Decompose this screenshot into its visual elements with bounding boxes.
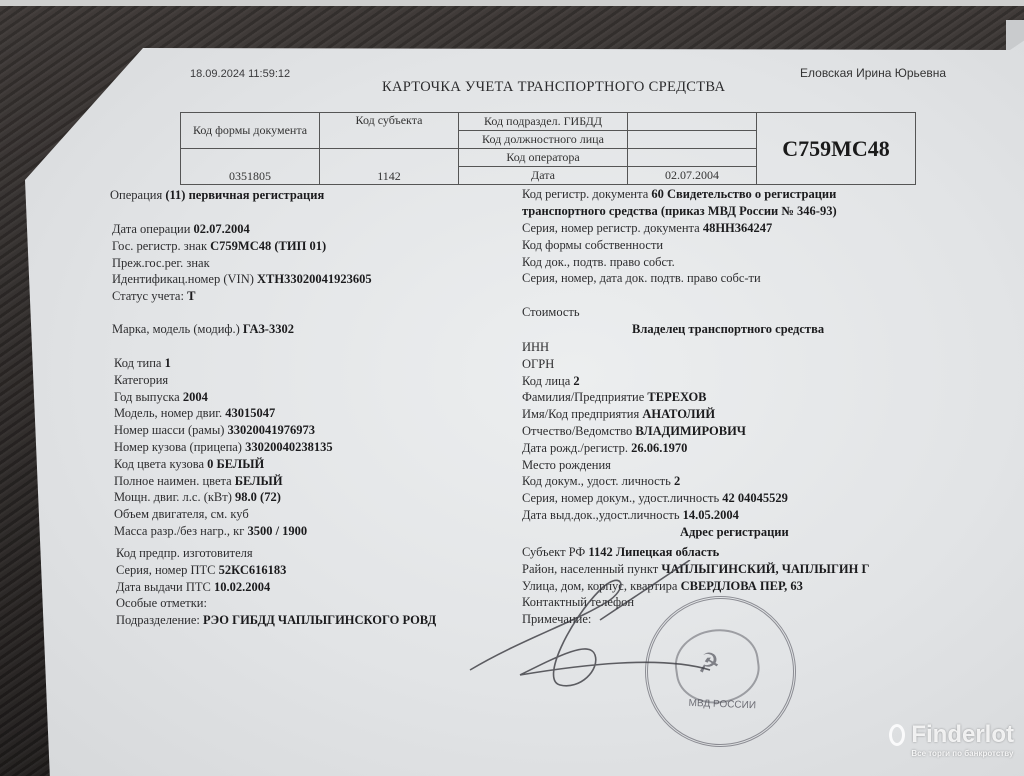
field-value: 33020040238135 bbox=[245, 440, 333, 454]
operator-code-value bbox=[628, 149, 757, 167]
field-row: Полное наимен. цвета БЕЛЫЙ bbox=[114, 473, 333, 490]
field-row: ОГРН bbox=[522, 356, 788, 373]
field-label: Код док., подтв. право собст. bbox=[522, 255, 675, 269]
field-label: Год выпуска bbox=[114, 390, 183, 404]
field-row: Подразделение: РЭО ГИБДД ЧАПЛЫГИНСКОГО Р… bbox=[116, 612, 436, 629]
field-label: Субъект РФ bbox=[522, 545, 588, 559]
owner-heading: Владелец транспортного средства bbox=[632, 322, 824, 337]
field-value: РЭО ГИБДД ЧАПЛЫГИНСКОГО РОВД bbox=[203, 613, 436, 627]
field-value: 98.0 (72) bbox=[235, 490, 281, 504]
signature bbox=[460, 560, 720, 700]
operation-fields: Дата операции 02.07.2004Гос. регистр. зн… bbox=[112, 221, 372, 305]
field-row: Код докум., удост. личность 2 bbox=[522, 473, 788, 490]
field-label: Номер кузова (прицепа) bbox=[114, 440, 245, 454]
field-value: БЕЛЫЙ bbox=[235, 474, 283, 488]
field-label: Серия, номер докум., удост.личность bbox=[522, 491, 722, 505]
field-label: Статус учета: bbox=[112, 289, 187, 303]
field-label: Код предпр. изготовителя bbox=[116, 546, 253, 560]
subject-code-value: 1142 bbox=[320, 149, 459, 185]
operation-line: Операция (11) первичная регистрация bbox=[110, 188, 324, 203]
field-row: Статус учета: Т bbox=[112, 288, 372, 305]
field-value: ВЛАДИМИРОВИЧ bbox=[635, 424, 746, 438]
field-label: Дата выдачи ПТС bbox=[116, 580, 214, 594]
field-label: Дата операции bbox=[112, 222, 194, 236]
field-row: Имя/Код предприятия АНАТОЛИЙ bbox=[522, 406, 788, 423]
field-row: Место рождения bbox=[522, 457, 788, 474]
finderlot-logo-icon bbox=[889, 724, 905, 746]
vehicle-fields: Код типа 1Категория Год выпуска 2004Моде… bbox=[114, 355, 333, 540]
field-row: ИНН bbox=[522, 339, 788, 356]
field-value: 1142 Липецкая область bbox=[588, 545, 719, 559]
field-value: 3500 / 1900 bbox=[247, 524, 307, 538]
field-label: ИНН bbox=[522, 340, 549, 354]
field-row: Идентификац.номер (VIN) XTH3302004192360… bbox=[112, 271, 372, 288]
reg-doc-code-value-1: 60 Свидетельство о регистрации bbox=[651, 187, 836, 201]
field-label: Фамилия/Предприятие bbox=[522, 390, 647, 404]
cost-line: Стоимость bbox=[522, 305, 580, 320]
field-value: 2 bbox=[573, 374, 579, 388]
field-value: 48НН364247 bbox=[703, 221, 772, 235]
field-label: Серия, номер регистр. документа bbox=[522, 221, 703, 235]
field-label: Код типа bbox=[114, 356, 165, 370]
field-label: Код цвета кузова bbox=[114, 457, 207, 471]
field-label: Номер шасси (рамы) bbox=[114, 423, 228, 437]
field-row: Номер кузова (прицепа) 33020040238135 bbox=[114, 439, 333, 456]
field-value: 0 БЕЛЫЙ bbox=[207, 457, 264, 471]
field-label: Имя/Код предприятия bbox=[522, 407, 642, 421]
owner-fields: ИНН ОГРН Код лица 2Фамилия/Предприятие Т… bbox=[522, 339, 788, 524]
field-label: Категория bbox=[114, 373, 168, 387]
field-row: Категория bbox=[114, 372, 333, 389]
address-heading: Адрес регистрации bbox=[680, 525, 789, 540]
field-row: Серия, номер ПТС 52КС616183 bbox=[116, 562, 436, 579]
field-row: Код док., подтв. право собст. bbox=[522, 254, 772, 271]
field-label: Мощн. двиг. л.с. (кВт) bbox=[114, 490, 235, 504]
field-label: Объем двигателя, см. куб bbox=[114, 507, 249, 521]
field-value: С759МС48 (ТИП 01) bbox=[210, 239, 326, 253]
field-row: Код формы собственности bbox=[522, 237, 772, 254]
field-row: Номер шасси (рамы) 33020041976973 bbox=[114, 422, 333, 439]
field-value: 43015047 bbox=[225, 406, 275, 420]
make-model-line: Марка, модель (модиф.) ГАЗ-3302 bbox=[112, 322, 294, 337]
field-label: Место рождения bbox=[522, 458, 611, 472]
field-label: Модель, номер двиг. bbox=[114, 406, 225, 420]
field-row: Код цвета кузова 0 БЕЛЫЙ bbox=[114, 456, 333, 473]
doc-fields: Серия, номер регистр. документа 48НН3642… bbox=[522, 220, 772, 287]
registration-fields: Код предпр. изготовителя Серия, номер ПТ… bbox=[116, 545, 436, 629]
operation-label: Операция bbox=[110, 188, 162, 202]
field-label: Код лица bbox=[522, 374, 573, 388]
field-row: Дата операции 02.07.2004 bbox=[112, 221, 372, 238]
field-value: 26.06.1970 bbox=[631, 441, 687, 455]
field-value: 10.02.2004 bbox=[214, 580, 270, 594]
finderlot-watermark: Finderlot Все торги по банкротству bbox=[889, 721, 1014, 758]
field-row: Серия, номер докум., удост.личность 42 0… bbox=[522, 490, 788, 507]
field-row: Преж.гос.рег. знак bbox=[112, 255, 372, 272]
field-label: Серия, номер ПТС bbox=[116, 563, 219, 577]
form-code-value: 0351805 bbox=[181, 149, 320, 185]
official-code-value bbox=[628, 131, 757, 149]
field-value: 52КС616183 bbox=[219, 563, 287, 577]
code-table: Код формы документа Код субъекта Код под… bbox=[180, 112, 916, 185]
field-row: Дата выд.док.,удост.личность 14.05.2004 bbox=[522, 507, 788, 524]
field-label: Преж.гос.рег. знак bbox=[112, 256, 210, 270]
field-label: Гос. регистр. знак bbox=[112, 239, 210, 253]
field-row: Код лица 2 bbox=[522, 373, 788, 390]
reg-doc-code-value-2: транспортного средства (приказ МВД Росси… bbox=[522, 204, 837, 218]
field-label: Дата выд.док.,удост.личность bbox=[522, 508, 683, 522]
field-label: Полное наимен. цвета bbox=[114, 474, 235, 488]
field-label: Код формы собственности bbox=[522, 238, 663, 252]
field-row: Код предпр. изготовителя bbox=[116, 545, 436, 562]
field-value: 2004 bbox=[183, 390, 208, 404]
field-label: ОГРН bbox=[522, 357, 554, 371]
field-label: Код докум., удост. личность bbox=[522, 474, 674, 488]
field-value: 02.07.2004 bbox=[194, 222, 250, 236]
field-row: Масса разр./без нагр., кг 3500 / 1900 bbox=[114, 523, 333, 540]
make-model-label: Марка, модель (модиф.) bbox=[112, 322, 240, 336]
field-row: Серия, номер регистр. документа 48НН3642… bbox=[522, 220, 772, 237]
field-row: Фамилия/Предприятие ТЕРЕХОВ bbox=[522, 389, 788, 406]
field-row: Особые отметки: bbox=[116, 595, 436, 612]
field-label: Серия, номер, дата док. подтв. право соб… bbox=[522, 271, 761, 285]
field-row: Модель, номер двиг. 43015047 bbox=[114, 405, 333, 422]
field-row: Мощн. двиг. л.с. (кВт) 98.0 (72) bbox=[114, 489, 333, 506]
date-label: Дата bbox=[459, 167, 628, 185]
field-value: 2 bbox=[674, 474, 680, 488]
operator-name: Еловская Ирина Юрьевна bbox=[800, 66, 946, 80]
field-row: Отчество/Ведомство ВЛАДИМИРОВИЧ bbox=[522, 423, 788, 440]
field-label: Масса разр./без нагр., кг bbox=[114, 524, 247, 538]
field-value: 1 bbox=[165, 356, 171, 370]
field-row: Объем двигателя, см. куб bbox=[114, 506, 333, 523]
date-value: 02.07.2004 bbox=[628, 167, 757, 185]
printed-datetime: 18.09.2024 11:59:12 bbox=[190, 68, 290, 80]
gibdd-unit-label: Код подраздел. ГИБДД bbox=[459, 113, 628, 131]
field-row: Дата рожд./регистр. 26.06.1970 bbox=[522, 440, 788, 457]
field-label: Подразделение: bbox=[116, 613, 203, 627]
underlying-sheet bbox=[0, 0, 1024, 6]
field-value: 33020041976973 bbox=[228, 423, 316, 437]
form-code-label: Код формы документа bbox=[181, 113, 320, 149]
watermark-brand: Finderlot bbox=[911, 721, 1014, 749]
field-value: Т bbox=[187, 289, 195, 303]
reg-doc-code-label: Код регистр. документа bbox=[522, 187, 648, 201]
field-value: ТЕРЕХОВ bbox=[647, 390, 706, 404]
watermark-tagline: Все торги по банкротству bbox=[911, 749, 1014, 758]
subject-code-label: Код субъекта bbox=[320, 113, 459, 149]
gibdd-unit-value bbox=[628, 113, 757, 131]
operation-value: (11) первичная регистрация bbox=[165, 188, 324, 202]
field-row: Гос. регистр. знак С759МС48 (ТИП 01) bbox=[112, 238, 372, 255]
field-label: Отчество/Ведомство bbox=[522, 424, 635, 438]
official-code-label: Код должностного лица bbox=[459, 131, 628, 149]
plate-number: С759МС48 bbox=[757, 113, 916, 185]
field-row: Код типа 1 bbox=[114, 355, 333, 372]
field-row: Дата выдачи ПТС 10.02.2004 bbox=[116, 579, 436, 596]
field-row: Год выпуска 2004 bbox=[114, 389, 333, 406]
field-value: 14.05.2004 bbox=[683, 508, 739, 522]
document-title: КАРТОЧКА УЧЕТА ТРАНСПОРТНОГО СРЕДСТВА bbox=[382, 79, 725, 96]
make-model-value: ГАЗ-3302 bbox=[243, 322, 294, 336]
field-value: XTH33020041923605 bbox=[257, 272, 372, 286]
reg-doc-code: Код регистр. документа 60 Свидетельство … bbox=[522, 186, 837, 220]
operator-code-label: Код оператора bbox=[459, 149, 628, 167]
field-row: Серия, номер, дата док. подтв. право соб… bbox=[522, 270, 772, 287]
cost-label: Стоимость bbox=[522, 305, 580, 319]
field-label: Идентификац.номер (VIN) bbox=[112, 272, 257, 286]
field-row: Субъект РФ 1142 Липецкая область bbox=[522, 544, 869, 561]
field-label: Дата рожд./регистр. bbox=[522, 441, 631, 455]
field-value: 42 04045529 bbox=[722, 491, 788, 505]
field-label: Особые отметки: bbox=[116, 596, 207, 610]
field-value: АНАТОЛИЙ bbox=[642, 407, 715, 421]
